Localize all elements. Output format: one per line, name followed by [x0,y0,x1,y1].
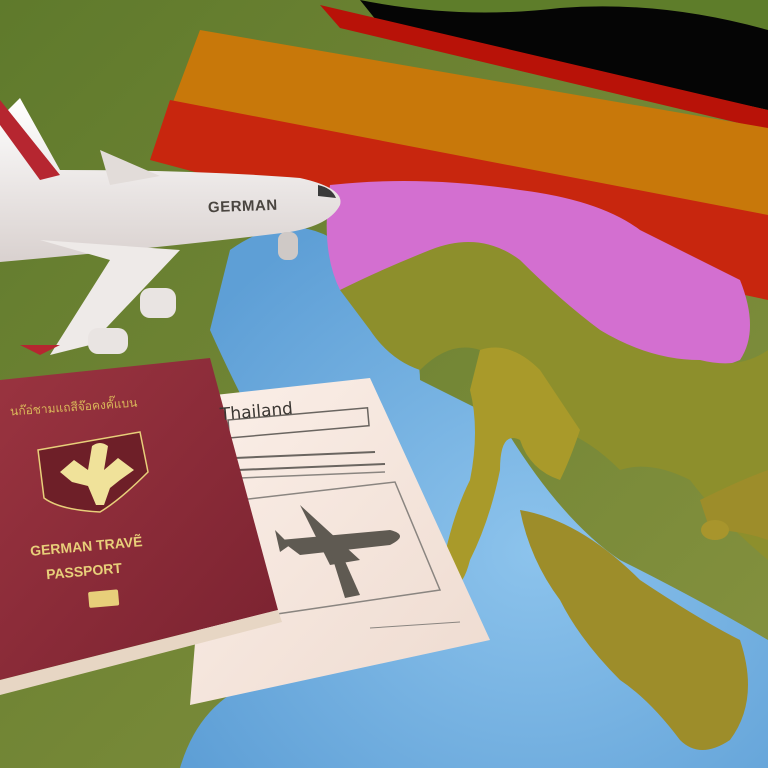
island [701,520,729,540]
airplane-livery-text: GERMAN [208,197,278,216]
travel-scene [0,0,768,768]
chip-icon [88,589,119,608]
